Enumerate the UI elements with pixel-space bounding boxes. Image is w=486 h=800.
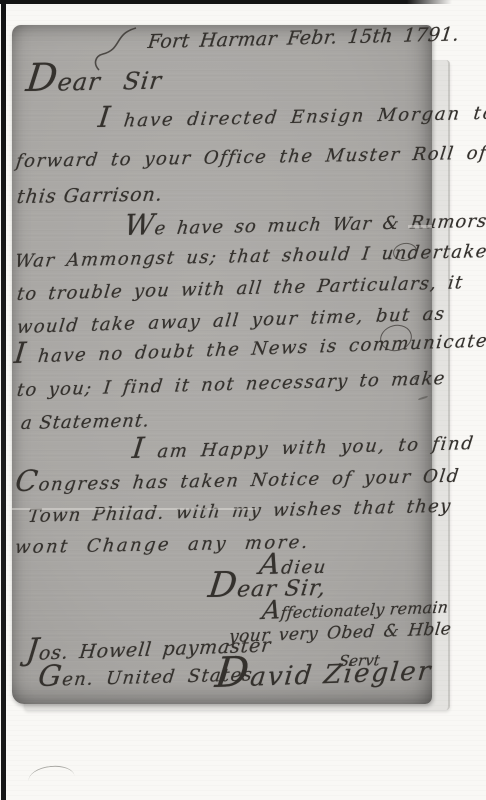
ink-speck [414, 377, 419, 380]
paper-crease [408, 225, 432, 228]
letter-line: I have directed Ensign Morgan to [97, 103, 486, 132]
letter-line: a Statement. [20, 410, 151, 434]
letter-line: Congress has taken Notice of your Old [14, 466, 461, 496]
ink-flourish [90, 25, 142, 71]
letter-salutation: Dear Sir [24, 67, 163, 97]
letter-line: this Garrison. [16, 183, 165, 208]
letter-line: to you; I find it not necessary to make [16, 368, 447, 401]
letter-line: forward to your Office the Muster Roll o… [15, 143, 486, 172]
pencil-stray-mark [27, 764, 74, 782]
letter-line: to trouble you with all the Particulars,… [16, 272, 465, 305]
paper-crease [12, 508, 256, 510]
letter-dateline: Fort Harmar Febr. 15th 1791. [147, 23, 461, 53]
scanner-edge-top [0, 0, 452, 4]
scan-page: Fort Harmar Febr. 15th 1791. Dear Sir I … [0, 0, 486, 800]
scanner-edge-left [1, 0, 6, 800]
ink-speck [418, 396, 428, 401]
letter-paper: Fort Harmar Febr. 15th 1791. Dear Sir I … [12, 25, 432, 704]
letter-line: Town Philad. with my wishes that they [27, 496, 453, 527]
letter-line: I am Happy with you, to find [131, 433, 476, 463]
